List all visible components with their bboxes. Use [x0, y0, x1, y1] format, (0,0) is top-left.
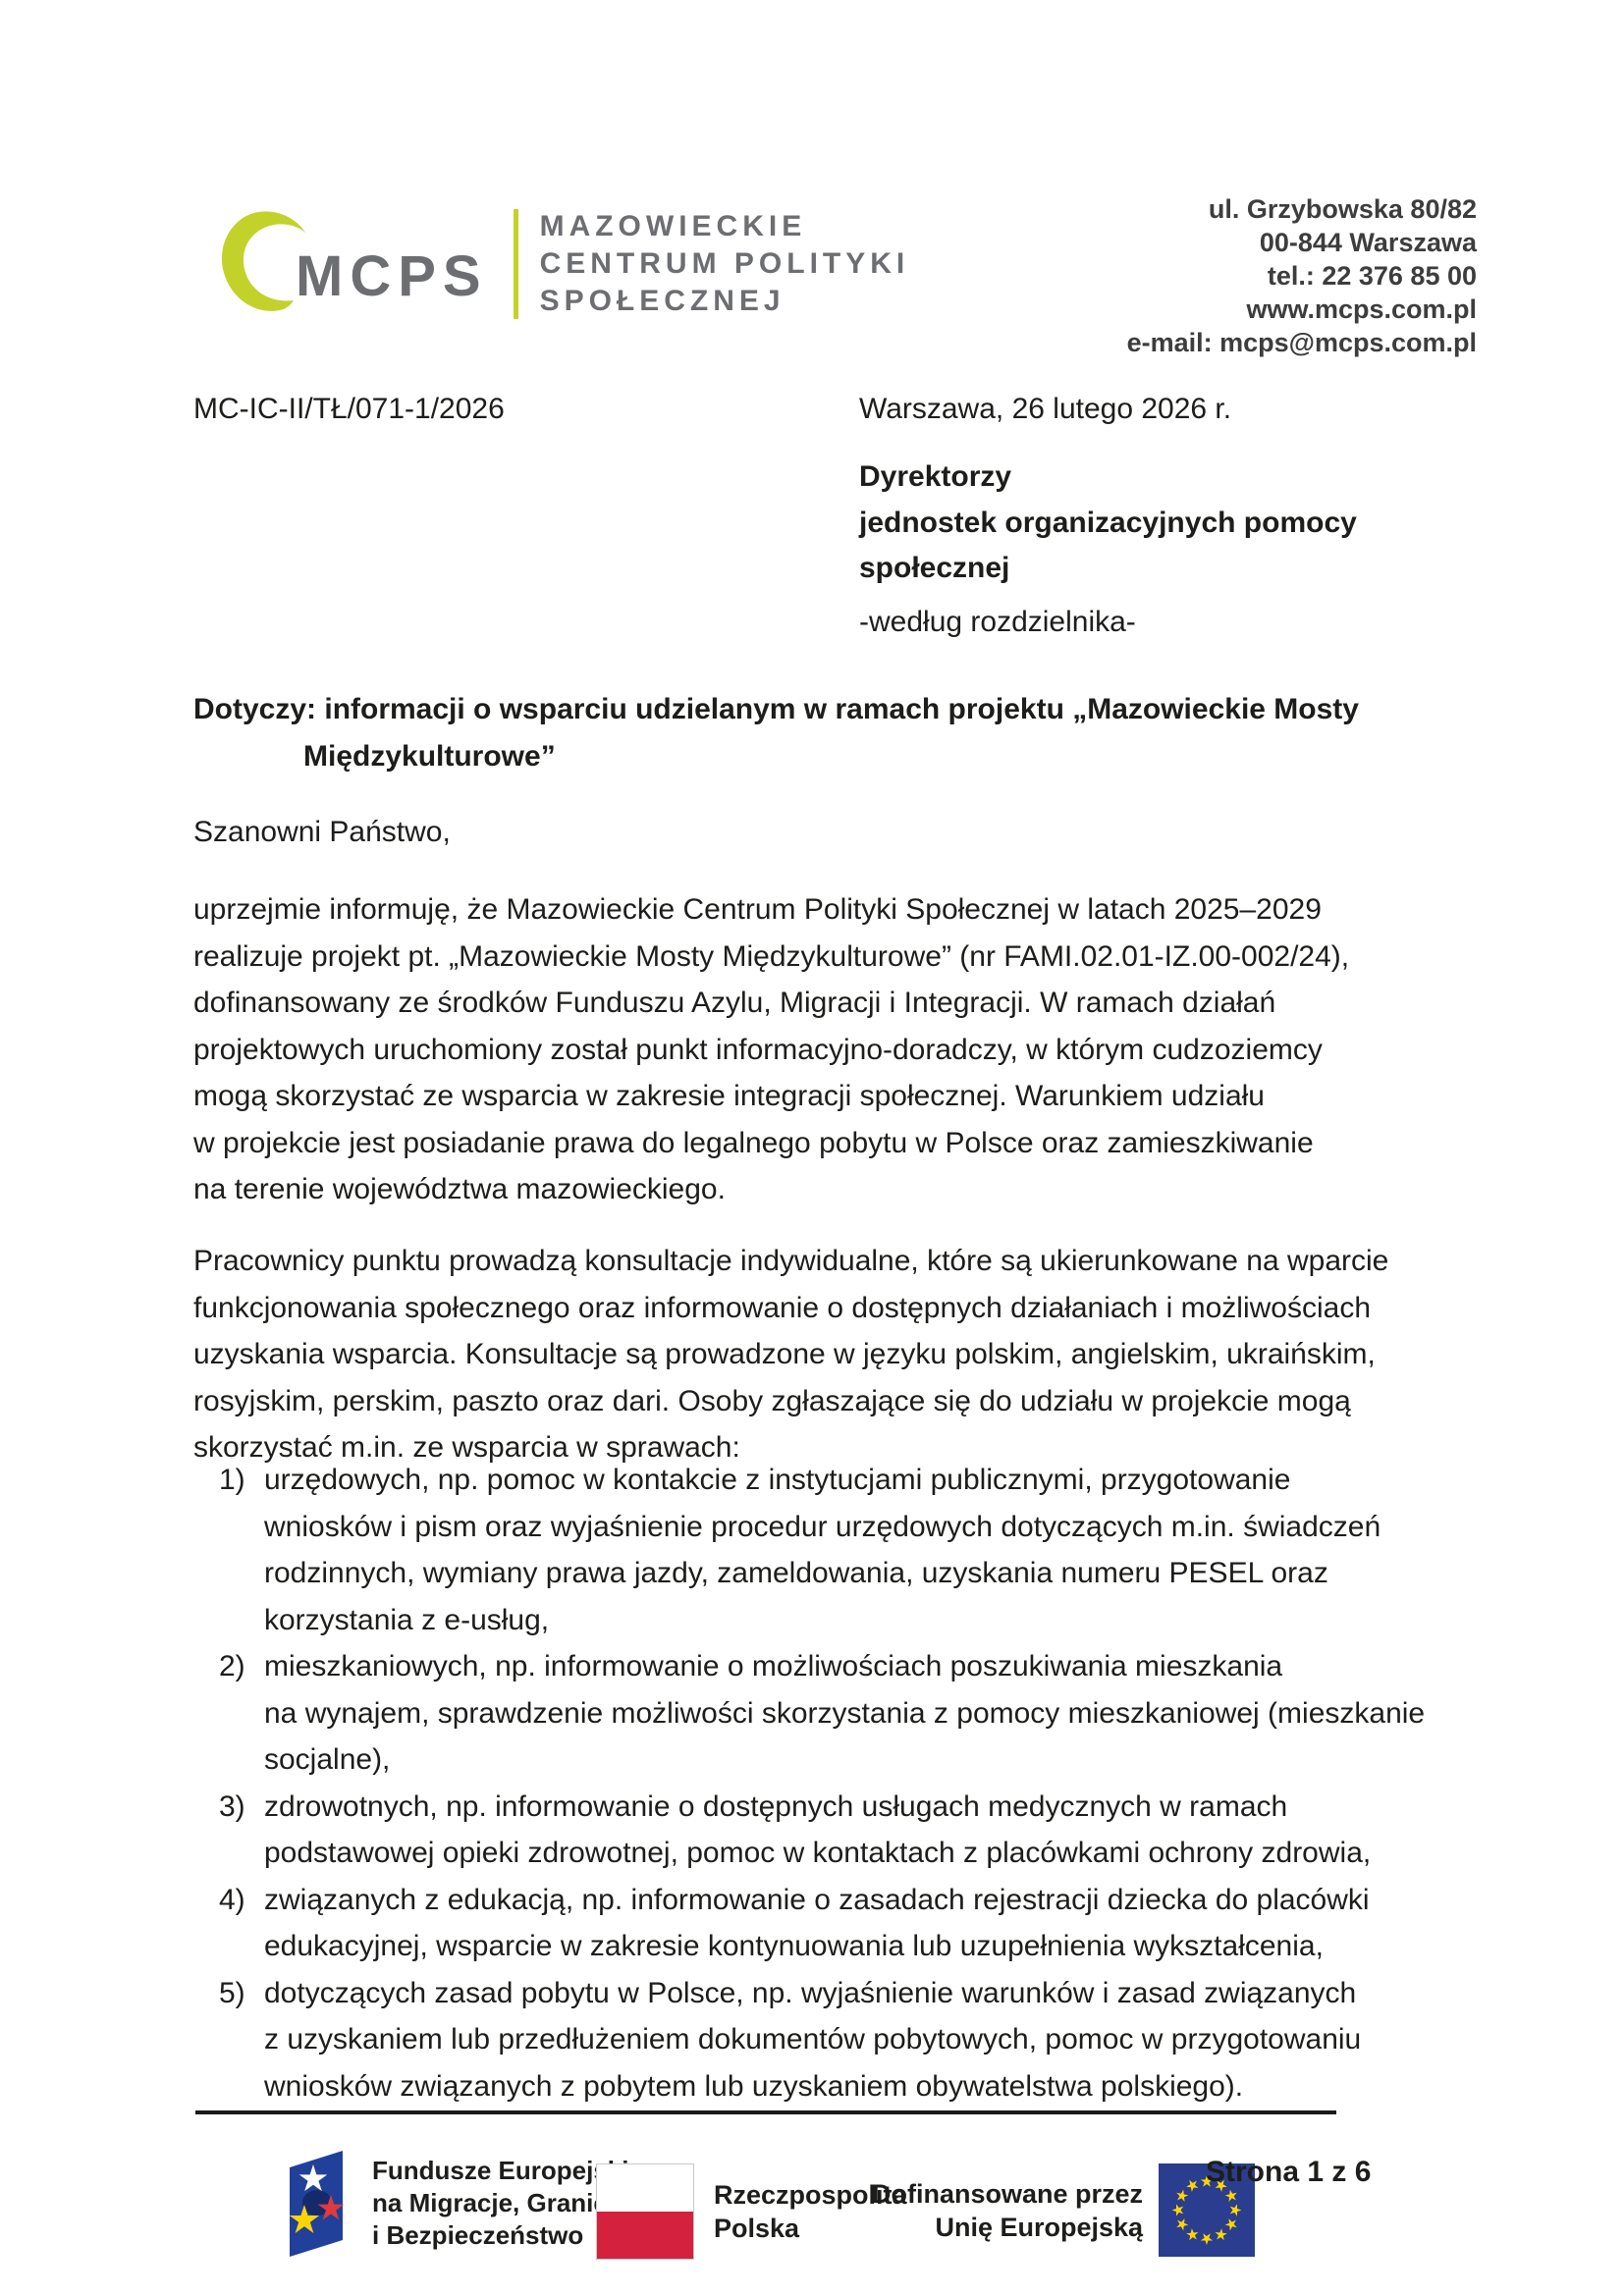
distribution-note: -według rozdzielnika-	[859, 606, 1136, 639]
cofunded-logo-group: Dofinansowane przez Unię Europejską	[872, 2163, 1255, 2257]
poland-flag-icon	[596, 2163, 694, 2260]
list-item: 3) zdrowotnych, np. informowanie o dostę…	[219, 1784, 1460, 1877]
place-and-date: Warszawa, 26 lutego 2026 r.	[859, 393, 1231, 426]
letterhead-address: ul. Grzybowska 80/82 00-844 Warszawa tel…	[1127, 192, 1477, 359]
list-item: 2) mieszkaniowych, np. informowanie o mo…	[219, 1643, 1460, 1784]
mcps-logo: MCPS MAZOWIECKIE CENTRUM POLITYKI SPOŁEC…	[221, 208, 909, 320]
list-item-text: mieszkaniowych, np. informowanie o możli…	[264, 1643, 1460, 1784]
list-item: 1) urzędowych, np. pomoc w kontakcie z i…	[219, 1457, 1460, 1643]
reference-number: MC-IC-II/TŁ/071-1/2026	[193, 393, 505, 426]
list-item: 4) związanych z edukacją, np. informowan…	[219, 1877, 1460, 1970]
list-item-number: 1)	[219, 1457, 264, 1643]
list-item-number: 3)	[219, 1784, 264, 1877]
recipient-addressee: Dyrektorzy jednostek organizacyjnych pom…	[859, 454, 1357, 592]
list-item-number: 5)	[219, 1970, 264, 2110]
poland-logo-group: Rzeczpospolita Polska	[596, 2163, 907, 2260]
mcps-logo-abbr: MCPS	[296, 223, 488, 305]
numbered-list: 1) urzędowych, np. pomoc w kontakcie z i…	[193, 1457, 1460, 2109]
salutation: Szanowni Państwo,	[193, 816, 451, 849]
list-item-text: zdrowotnych, np. informowanie o dostępny…	[264, 1784, 1460, 1877]
list-item-text: związanych z edukacją, np. informowanie …	[264, 1877, 1460, 1970]
eu-funds-flag-icon	[278, 2146, 354, 2260]
body-paragraph-2: Pracownicy punktu prowadzą konsultacje i…	[193, 1238, 1440, 1471]
subject-line: Dotyczy: informacji o wsparciu udzielany…	[193, 686, 1440, 780]
list-item-text: dotyczących zasad pobytu w Polsce, np. w…	[264, 1970, 1460, 2110]
list-item-text: urzędowych, np. pomoc w kontakcie z inst…	[264, 1457, 1460, 1643]
list-item-number: 4)	[219, 1877, 264, 1970]
cofunded-label: Dofinansowane przez Unię Europejską	[872, 2177, 1143, 2244]
list-item-number: 2)	[219, 1643, 264, 1784]
footer-separator	[195, 2110, 1336, 2114]
mcps-logo-name: MAZOWIECKIE CENTRUM POLITYKI SPOŁECZNEJ	[540, 208, 910, 320]
body-paragraph-1: uprzejmie informuję, że Mazowieckie Cent…	[193, 886, 1440, 1213]
logo-divider	[514, 209, 518, 319]
page-indicator: Strona 1 z 6	[1206, 2156, 1371, 2189]
list-item: 5) dotyczących zasad pobytu w Polsce, np…	[219, 1970, 1460, 2110]
letter-page: MCPS MAZOWIECKIE CENTRUM POLITYKI SPOŁEC…	[0, 0, 1624, 2296]
eu-funds-logo-group: Fundusze Europejskie na Migracje, Granic…	[278, 2146, 643, 2260]
